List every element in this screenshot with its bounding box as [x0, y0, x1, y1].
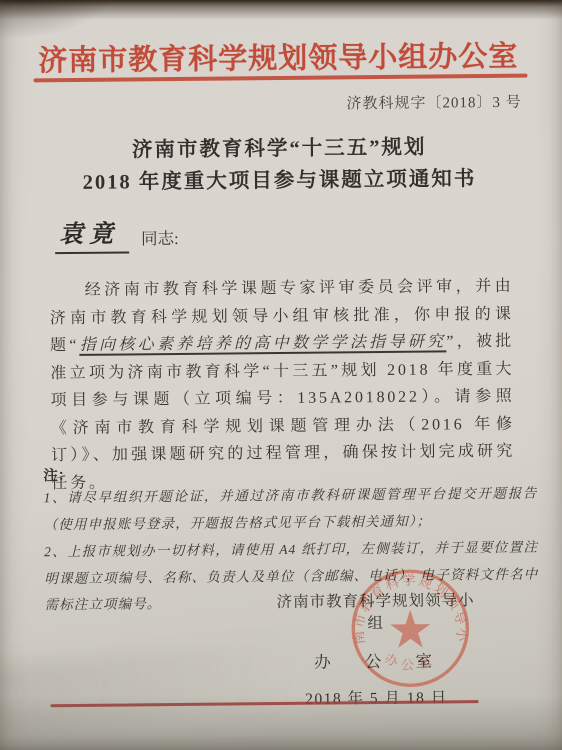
issuing-office-name: 济南市教育科学规划领导小组办公室: [0, 33, 559, 79]
photo-top-left-shadow: [0, 0, 120, 40]
body-paragraph: 经济南市教育科学课题专家评审委员会评审，并由济南市教育科学规划领导小组审核批准，…: [49, 273, 515, 497]
addressee-line: 袁竟 同志:: [55, 213, 179, 254]
note-item-1: 1、请尽早组织开题论证，并通过济南市教科研课题管理平台提交开题报告（使用申报账号…: [43, 481, 537, 539]
notes-label: 注：: [43, 464, 72, 485]
addressee-handwritten-name: 袁竟: [55, 213, 129, 254]
addressee-salutation: 同志:: [141, 225, 179, 253]
document-title-line1: 济南市教育科学“十三五”规划: [0, 128, 560, 163]
document-title-line2: 2018 年度重大项目参与课题立项通知书: [0, 160, 561, 195]
body-text-after-topic: ”，被批准立项为济南市教育科学“十三五”规划 2018 年度重大项目参与课题（立…: [50, 333, 515, 492]
paper-sheet: 济南市教育科学规划领导小组办公室 济教科规字〔2018〕3 号 济南市教育科学“…: [0, 0, 562, 750]
project-topic-underlined: 指向核心素养培养的高中数学学法指导研究: [79, 333, 446, 354]
document-photo: 济南市教育科学规划领导小组办公室 济教科规字〔2018〕3 号 济南市教育科学“…: [0, 0, 562, 750]
photo-bottom-shadow: [0, 695, 562, 750]
document-number: 济教科规字〔2018〕3 号: [346, 91, 521, 114]
